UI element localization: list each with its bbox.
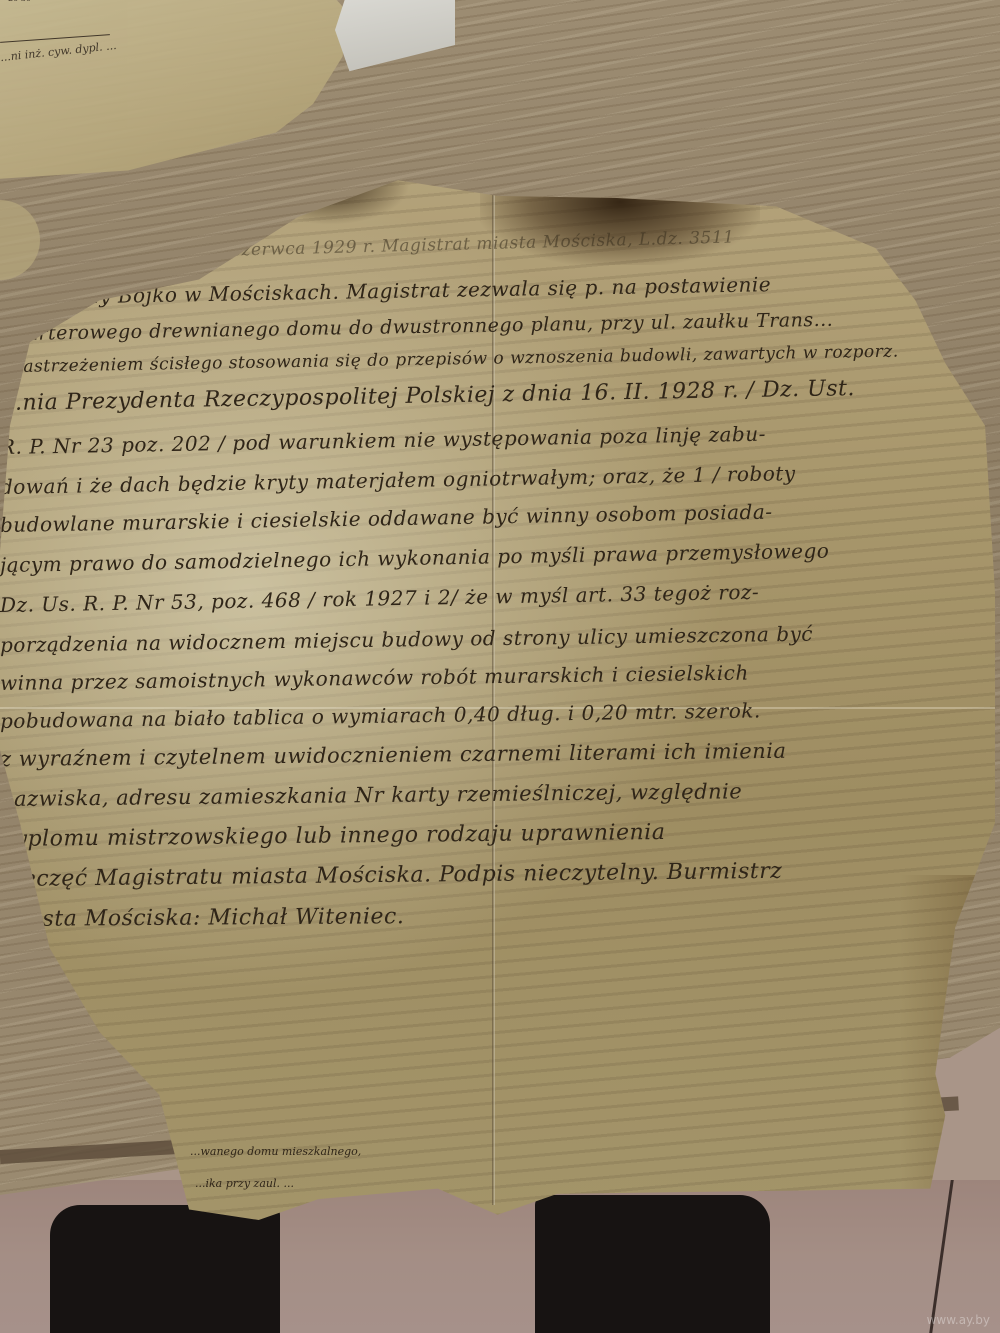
text-line: dowań i że dach będzie kryty materjałem … (0, 461, 796, 499)
text-line: jącym prawo do samodzielnego ich wykonan… (0, 539, 830, 577)
person-leg-right (535, 1195, 770, 1333)
footer-note: ...ika przy zaul. ... (195, 1177, 294, 1190)
document-text: ...dnia 22 czerwca 1929 r. Magistrat mia… (0, 175, 995, 1175)
text-line: Dz. Us. R. P. Nr 53, poz. 468 / rok 1927… (0, 580, 759, 617)
text-line: ...nia Prezydenta Rzeczypospolitej Polsk… (0, 376, 855, 416)
ruler-numbers: 20 30 (8, 0, 31, 3)
site-watermark: www.ay.by (927, 1313, 990, 1327)
person-leg-left (50, 1205, 280, 1333)
footer-note: ...wanego domu mieszkalnego, (190, 1145, 361, 1158)
text-line: nazwiska, adresu zamieszkania Nr karty r… (0, 779, 742, 811)
text-line: pobudowana na biało tablica o wymiarach … (0, 698, 761, 733)
text-line: dyplomu mistrzowskiego lub innego rodzaj… (0, 820, 666, 852)
handwritten-note: ...ni inż. cyw. dypl. ... (0, 39, 117, 64)
text-line: zastrzeżeniem ścisłego stosowania się do… (14, 342, 899, 377)
text-line: parterowego drewnianego domu do dwustron… (14, 309, 834, 345)
text-line: Pieczęć Magistratu miasta Mościska. Podp… (0, 859, 782, 892)
text-line: R. P. Nr 23 poz. 202 / pod warunkiem nie… (0, 422, 766, 459)
handwritten-permit-document: ...dnia 22 czerwca 1929 r. Magistrat mia… (0, 175, 995, 1220)
text-line: winna przez samoistnych wykonawców robót… (0, 661, 749, 695)
signature-line: miasta Mościska: Michał Witeniec. (0, 904, 404, 932)
text-line: budowlane murarskie i ciesielskie oddawa… (0, 500, 773, 537)
text-line: z wyraźnem i czytelnem uwidocznieniem cz… (0, 739, 787, 771)
text-line: porządzenia na widocznem miejscu budowy … (0, 622, 813, 657)
